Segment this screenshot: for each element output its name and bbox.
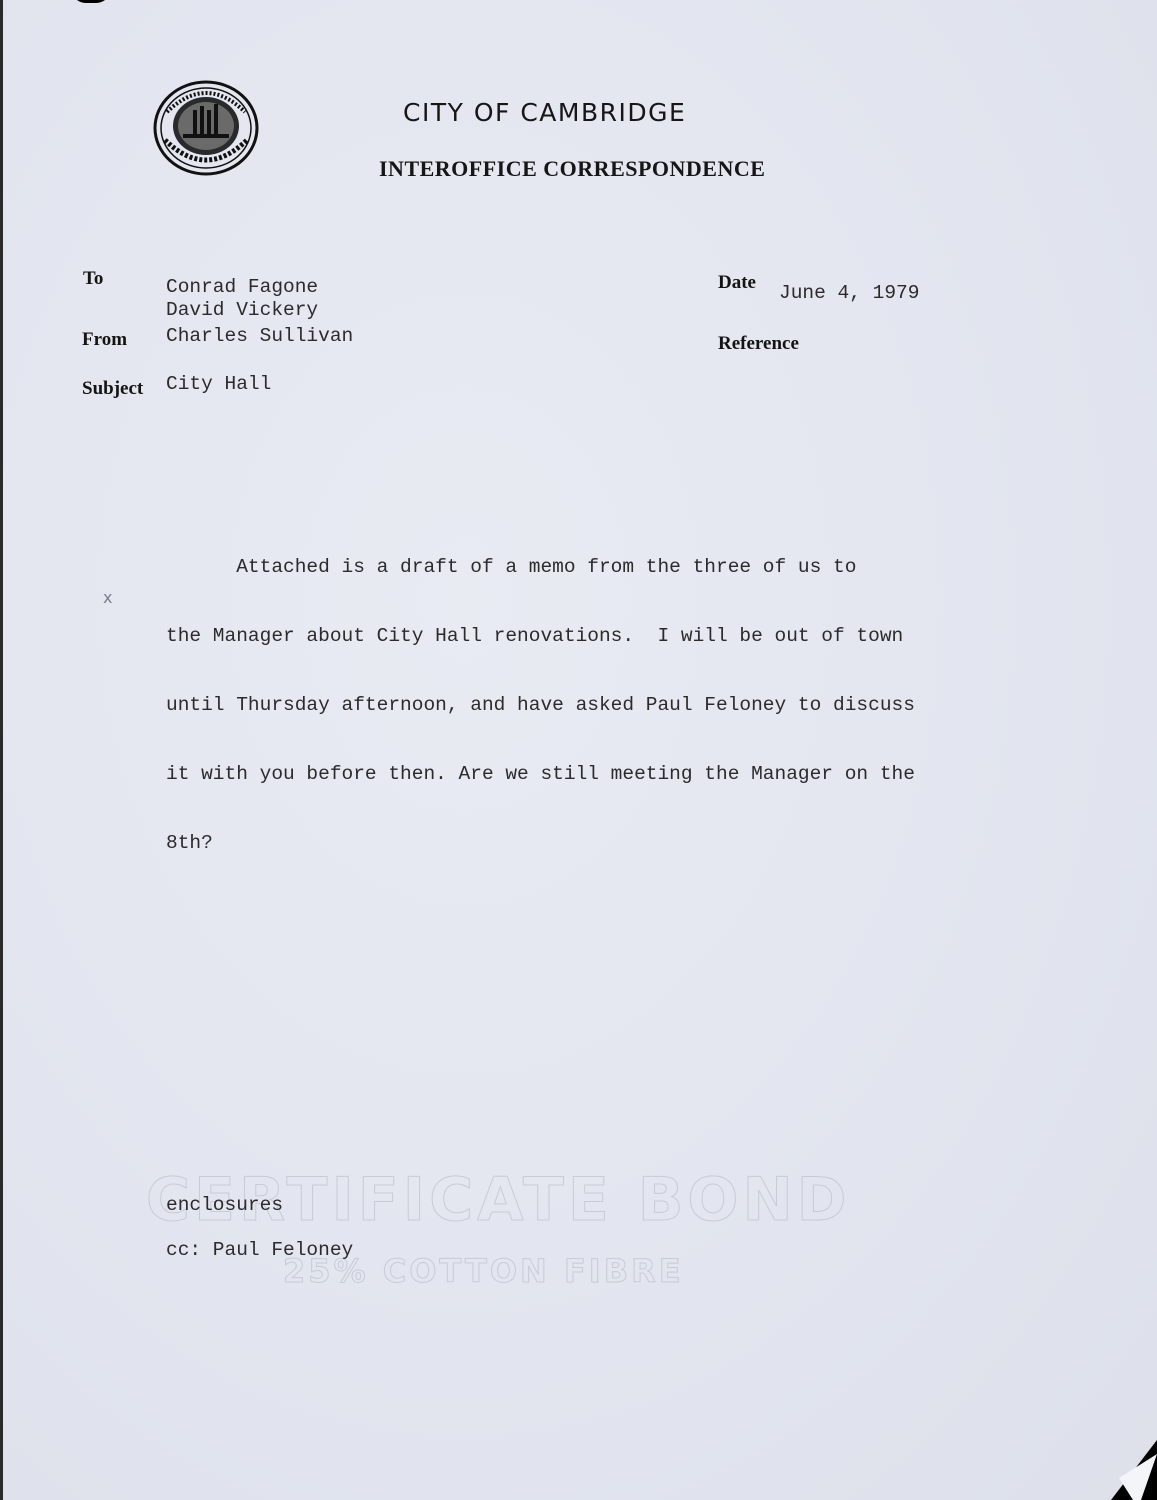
document-type-title: INTEROFFICE CORRESPONDENCE (379, 156, 765, 182)
date-label: Date (718, 272, 756, 294)
cc-note: cc: Paul Feloney (166, 1239, 353, 1261)
to-recipient-2: David Vickery (166, 299, 318, 321)
body-line: until Thursday afternoon, and have asked… (166, 694, 1066, 717)
body-line: it with you before then. Are we still me… (166, 763, 1066, 786)
body-line: 8th? (166, 832, 1066, 855)
to-recipient-1: Conrad Fagone (166, 276, 318, 298)
subject-value: City Hall (166, 373, 271, 395)
body-line: Attached is a draft of a memo from the t… (166, 556, 1066, 579)
reference-label: Reference (718, 333, 799, 355)
memo-body: Attached is a draft of a memo from the t… (166, 510, 1066, 901)
subject-label: Subject (82, 378, 143, 400)
document-page: CITY OF CAMBRIDGE INTEROFFICE CORRESPOND… (0, 0, 1157, 1500)
date-value: June 4, 1979 (779, 282, 919, 304)
page-corner-fold (1111, 1440, 1157, 1500)
city-seal-icon (153, 80, 259, 176)
enclosures-note: enclosures (166, 1194, 283, 1216)
body-line: the Manager about City Hall renovations.… (166, 625, 1066, 648)
from-value: Charles Sullivan (166, 325, 353, 347)
from-label: From (82, 329, 127, 351)
binder-hole (71, 0, 111, 3)
to-label: To (83, 268, 103, 290)
margin-pen-mark: x (103, 588, 112, 607)
organization-title: CITY OF CAMBRIDGE (403, 98, 686, 127)
